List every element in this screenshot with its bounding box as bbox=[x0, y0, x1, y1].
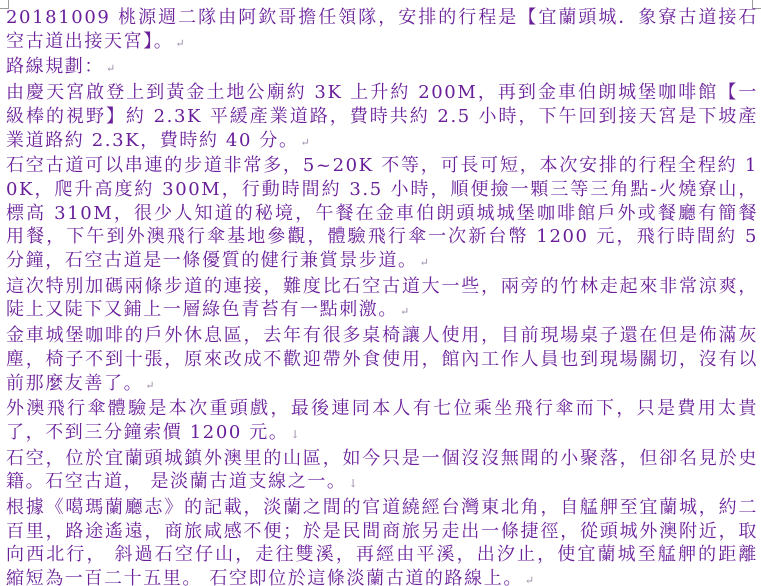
paragraph-mark-icon: ↵ bbox=[301, 136, 310, 149]
paragraph-text: 外澳飛行傘體驗是本次重頭戲，最後連同本人有七位乘坐飛行傘而下，只是費用太貴了，不… bbox=[6, 398, 758, 443]
paragraph-text: 由慶天宮啟登上到黃金土地公廟約 3K 上升約 200M，再到金車伯朗城堡咖啡館【… bbox=[6, 82, 758, 150]
document-page: 20181009 桃源週二隊由阿欽哥擔任領隊，安排的行程是【宜蘭頭城．象寮古道接… bbox=[0, 0, 761, 586]
paragraph-route-heading: 路線規劃：↵ bbox=[6, 55, 758, 81]
paragraph-route-plan: 由慶天宮啟登上到黃金土地公廟約 3K 上升約 200M，再到金車伯朗城堡咖啡館【… bbox=[6, 81, 758, 154]
paragraph-text: 石空，位於宜蘭頭城鎮外澳里的山區，如今只是一個沒沒無聞的小聚落，但卻名見於史籍。… bbox=[6, 448, 758, 493]
paragraph-mark-icon: ↵ bbox=[420, 256, 429, 269]
paragraph-cafe-rest-area: 金車城堡咖啡的戶外休息區，去年有很多桌椅讓人使用，目前現場桌子還在但是佈滿灰塵，… bbox=[6, 324, 758, 397]
paragraph-mark-icon: ↵ bbox=[400, 305, 409, 318]
document-body[interactable]: 20181009 桃源週二隊由阿欽哥擔任領隊，安排的行程是【宜蘭頭城．象寮古道接… bbox=[6, 6, 758, 586]
paragraph-trail-description: 石空古道可以串連的步道非常多，5~20K 不等，可長可短，本次安排的行程全程約 … bbox=[6, 154, 758, 275]
paragraph-intro: 20181009 桃源週二隊由阿欽哥擔任領隊，安排的行程是【宜蘭頭城．象寮古道接… bbox=[6, 6, 758, 55]
paragraph-extra-trails: 這次特別加碼兩條步道的連接，難度比石空古道大一些，兩旁的竹林走起來非常涼爽，陡上… bbox=[6, 275, 758, 324]
paragraph-text: 20181009 桃源週二隊由阿欽哥擔任領隊，安排的行程是【宜蘭頭城．象寮古道接… bbox=[6, 7, 758, 52]
paragraph-text: 路線規劃： bbox=[6, 56, 104, 77]
paragraph-mark-icon: ↵ bbox=[175, 37, 184, 50]
line-break-mark-icon: ↓ bbox=[349, 477, 358, 490]
paragraph-mark-icon: ↵ bbox=[106, 62, 115, 75]
paragraph-kavalan-record: 根據《噶瑪蘭廳志》的記載，淡蘭之間的官道繞經台灣東北角，自艋舺至宜蘭城，約二百里… bbox=[6, 496, 758, 586]
paragraph-paragliding: 外澳飛行傘體驗是本次重頭戲，最後連同本人有七位乘坐飛行傘而下，只是費用太貴了，不… bbox=[6, 397, 758, 446]
paragraph-mark-icon: ↵ bbox=[145, 379, 154, 392]
paragraph-text: 金車城堡咖啡的戶外休息區，去年有很多桌椅讓人使用，目前現場桌子還在但是佈滿灰塵，… bbox=[6, 325, 758, 393]
paragraph-text: 根據《噶瑪蘭廳志》的記載，淡蘭之間的官道繞經台灣東北角，自艋舺至宜蘭城，約二百里… bbox=[6, 497, 758, 586]
paragraph-shikong-history: 石空，位於宜蘭頭城鎮外澳里的山區，如今只是一個沒沒無聞的小聚落，但卻名見於史籍。… bbox=[6, 447, 758, 496]
line-break-mark-icon: ↓ bbox=[290, 428, 299, 441]
paragraph-text: 這次特別加碼兩條步道的連接，難度比石空古道大一些，兩旁的竹林走起來非常涼爽，陡上… bbox=[6, 276, 758, 321]
paragraph-text: 石空古道可以串連的步道非常多，5~20K 不等，可長可短，本次安排的行程全程約 … bbox=[6, 155, 758, 271]
paragraph-mark-icon: ↵ bbox=[525, 574, 534, 586]
